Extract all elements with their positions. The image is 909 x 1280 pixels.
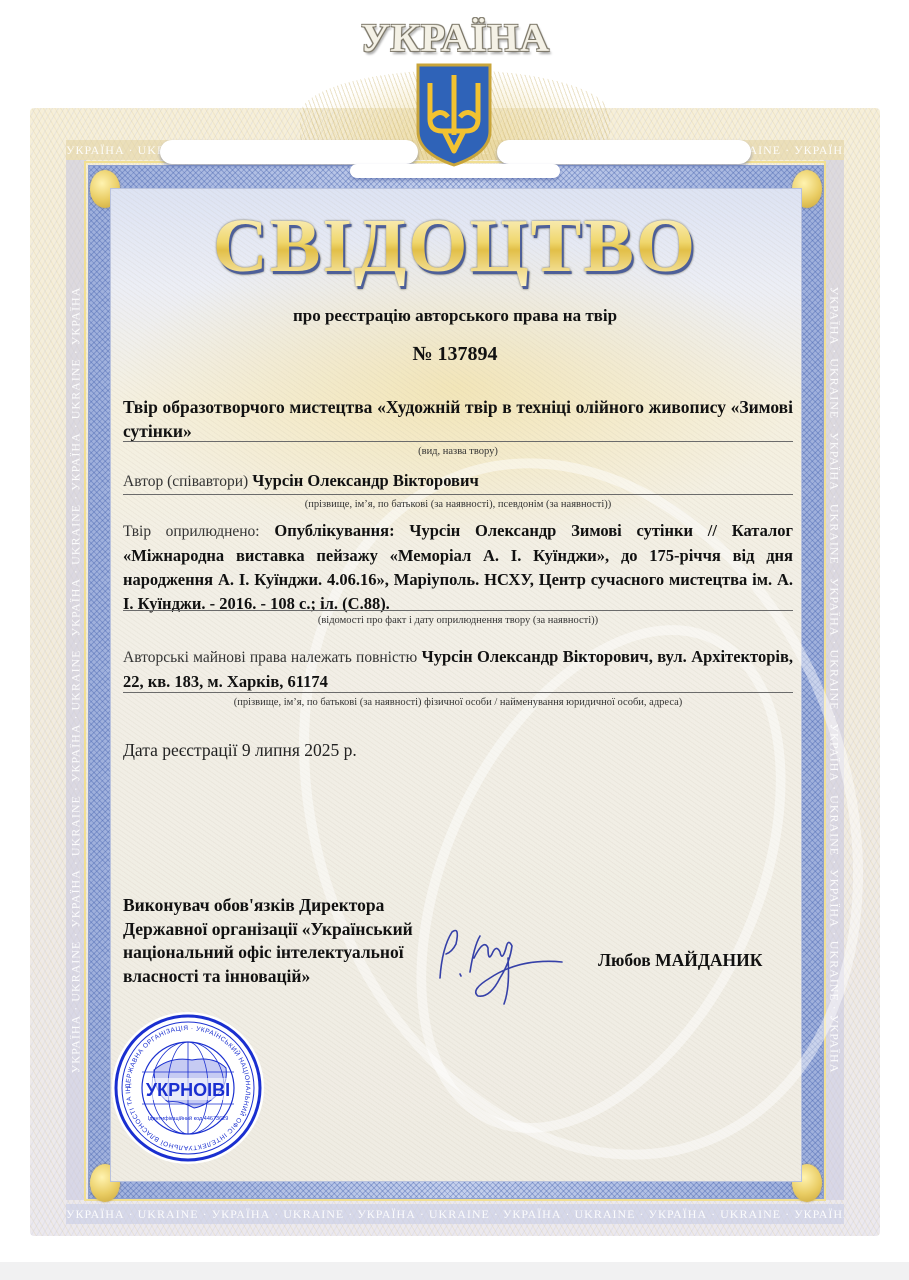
trident-coat-of-arms-icon: [414, 61, 494, 167]
work-caption: (вид, назва твору): [123, 446, 793, 457]
header-plaque-left: [160, 140, 418, 164]
security-band-left: УКРАЇНА · UKRAINE · УКРАЇНА · UKRAINE · …: [66, 160, 86, 1200]
certificate-title: СВІДОЦТВО: [110, 206, 800, 286]
official-stamp-icon: ДЕРЖАВНА ОРГАНІЗАЦІЯ · УКРАЇНСЬКИЙ НАЦІО…: [110, 1010, 266, 1166]
signer-name: Любов МАЙДАНИК: [598, 950, 762, 971]
svg-text:Ідентифікаційний код 44673629: Ідентифікаційний код 44673629: [148, 1115, 229, 1122]
divider: [123, 610, 793, 611]
rights-holder-caption: (прізвище, ім’я, по батькові (за наявнос…: [123, 697, 793, 708]
divider: [123, 441, 793, 442]
registration-date: Дата реєстрації 9 липня 2025 р.: [123, 740, 357, 761]
work-value: Твір образотворчого мистецтва «Художній …: [123, 397, 793, 441]
signatory-title: Виконувач обов'язків Директора Державної…: [123, 894, 413, 988]
publication-field: Твір оприлюднено: Опублікування: Чурсін …: [123, 519, 793, 616]
divider: [123, 692, 793, 693]
author-value: Чурсін Олександр Вікторович: [252, 471, 479, 490]
security-band-bottom: УКРАЇНА · UKRAINE · УКРАЇНА · UKRAINE · …: [66, 1204, 844, 1224]
security-band-right: УКРАЇНА · UKRAINE · УКРАЇНА · UKRAINE · …: [824, 160, 844, 1200]
page-bottom-strip: [0, 1262, 909, 1280]
country-header: УКРАЇНА: [298, 15, 612, 61]
rights-holder-field: Авторські майнові права належать повніст…: [123, 645, 793, 694]
header-plaque-right: [497, 140, 751, 164]
work-field: Твір образотворчого мистецтва «Художній …: [123, 395, 793, 443]
certificate-number: № 137894: [110, 343, 800, 366]
author-caption: (прізвище, ім’я, по батькові (за наявнос…: [123, 499, 793, 510]
certificate-subtitle: про реєстрацію авторського права на твір: [110, 306, 800, 326]
author-label: Автор (співавтори): [123, 473, 248, 490]
publication-label: Твір оприлюднено:: [123, 523, 260, 540]
divider: [123, 494, 793, 495]
author-field: Автор (співавтори) Чурсін Олександр Вікт…: [123, 469, 793, 494]
rights-holder-label: Авторські майнові права належать повніст…: [123, 649, 417, 666]
svg-text:УКРНОІВІ: УКРНОІВІ: [146, 1080, 230, 1100]
signature-icon: [430, 918, 570, 1008]
publication-caption: (відомості про факт і дату оприлюднення …: [123, 615, 793, 626]
